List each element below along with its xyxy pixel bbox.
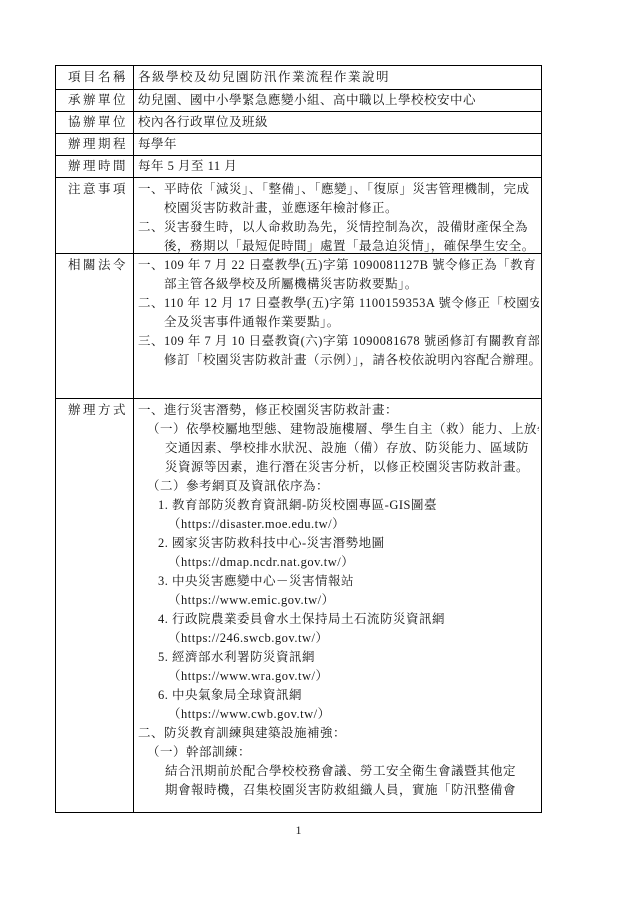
text-line: 校園災害防救計畫，並應逐年檢討修正。 <box>138 199 539 218</box>
text-line: 校內各行政單位及班級 <box>138 113 539 132</box>
text-line: 期會報時機，召集校園災害防救組織人員，實施「防汛整備會 <box>138 781 539 800</box>
table-row-time: 辦理時間 每年 5 月至 11 月 <box>56 156 541 178</box>
text-line: 1. 教育部防災教育資訊網-防災校園專區-GIS圖臺 <box>138 496 539 515</box>
row-label: 協辦單位 <box>56 112 134 133</box>
row-label: 承辦單位 <box>56 90 134 111</box>
table-row-schedule: 辦理期程 每學年 <box>56 134 541 156</box>
text-line: 災資源等因素，進行潛在災害分析，以修正校園災害防救計畫。 <box>138 458 539 477</box>
row-label: 相關法令 <box>56 254 134 398</box>
table-row-project-name: 項目名稱 各級學校及幼兒園防汛作業流程作業說明 <box>56 66 541 90</box>
row-label: 辦理時間 <box>56 156 134 177</box>
text-line: 各級學校及幼兒園防汛作業流程作業說明 <box>138 68 539 87</box>
table-row-notes: 注意事項 一、平時依「減災」、「整備」、「應變」、「復原」災害管理機制，完成 校… <box>56 178 541 254</box>
text-line: 後，務期以「最短促時間」處置「最急迫災情」，確保學生安全。 <box>138 237 539 253</box>
text-line: （二）參考網頁及資訊依序為： <box>138 477 539 496</box>
text-line: 幼兒園、國中小學緊急應變小組、高中職以上學校校安中心 <box>138 91 539 110</box>
text-line: 二、110 年 12 月 17 日臺教學(五)字第 1100159353A 號令… <box>138 294 539 313</box>
text-line-url: （https://www.emic.gov.tw/） <box>138 591 539 610</box>
text-line: 5. 經濟部水利署防災資訊網 <box>138 648 539 667</box>
text-line-url: （https://www.cwb.gov.tw/） <box>138 705 539 724</box>
text-line-url: （https://246.swcb.gov.tw/） <box>138 629 539 648</box>
row-content: 每學年 <box>134 134 541 155</box>
text-line: 修訂「校園災害防救計畫（示例）」，請各校依說明內容配合辦理。 <box>138 351 539 370</box>
row-content: 一、109 年 7 月 22 日臺教學(五)字第 1090081127B 號令修… <box>134 254 541 398</box>
document-page: 項目名稱 各級學校及幼兒園防汛作業流程作業說明 承辦單位 幼兒園、國中小學緊急應… <box>0 0 624 898</box>
row-label: 注意事項 <box>56 178 134 253</box>
text-line: 2. 國家災害防救科技中心-災害潛勢地圖 <box>138 534 539 553</box>
page-number: 1 <box>55 823 542 838</box>
table-row-responsible-unit: 承辦單位 幼兒園、國中小學緊急應變小組、高中職以上學校校安中心 <box>56 90 541 112</box>
row-content: 一、進行災害潛勢，修正校園災害防救計畫： （一）依學校屬地型態、建物設施樓層、學… <box>134 399 541 812</box>
text-line: 交通因素、學校排水狀況、設施（備）存放、防災能力、區域防 <box>138 439 539 458</box>
text-line: 一、平時依「減災」、「整備」、「應變」、「復原」災害管理機制，完成 <box>138 180 539 199</box>
row-content: 幼兒園、國中小學緊急應變小組、高中職以上學校校安中心 <box>134 90 541 111</box>
text-line-url: （https://dmap.ncdr.nat.gov.tw/） <box>138 553 539 572</box>
text-line: 4. 行政院農業委員會水土保持局土石流防災資訊網 <box>138 610 539 629</box>
text-line: 結合汛期前於配合學校校務會議、勞工安全衛生會議暨其他定 <box>138 762 539 781</box>
text-line: 每年 5 月至 11 月 <box>138 157 539 176</box>
text-line: 部主管各級學校及所屬機構災害防救要點」。 <box>138 275 539 294</box>
text-line: 二、災害發生時，以人命救助為先，災情控制為次，設備財產保全為 <box>138 218 539 237</box>
text-line: 6. 中央氣象局全球資訊網 <box>138 686 539 705</box>
row-label: 辦理方式 <box>56 399 134 812</box>
text-line: 全及災害事件通報作業要點」。 <box>138 313 539 332</box>
row-label: 項目名稱 <box>56 66 134 89</box>
text-line-url: （https://disaster.moe.edu.tw/） <box>138 515 539 534</box>
text-line: 三、109 年 7 月 10 日臺教資(六)字第 1090081678 號函修訂… <box>138 332 539 351</box>
row-content: 一、平時依「減災」、「整備」、「應變」、「復原」災害管理機制，完成 校園災害防救… <box>134 178 541 253</box>
flood-prevention-info-table: 項目名稱 各級學校及幼兒園防汛作業流程作業說明 承辦單位 幼兒園、國中小學緊急應… <box>55 65 542 813</box>
text-line: 二、防災教育訓練與建築設施補強： <box>138 724 539 743</box>
row-content: 各級學校及幼兒園防汛作業流程作業說明 <box>134 66 541 89</box>
text-line: （一）依學校屬地型態、建物設施樓層、學生自主（救）能力、上放學 <box>138 420 539 439</box>
table-row-co-organizer: 協辦單位 校內各行政單位及班級 <box>56 112 541 134</box>
text-line: 一、進行災害潛勢，修正校園災害防救計畫： <box>138 401 539 420</box>
text-line: 3. 中央災害應變中心－災害情報站 <box>138 572 539 591</box>
row-label: 辦理期程 <box>56 134 134 155</box>
text-line: 每學年 <box>138 135 539 154</box>
row-content: 每年 5 月至 11 月 <box>134 156 541 177</box>
text-line: 一、109 年 7 月 22 日臺教學(五)字第 1090081127B 號令修… <box>138 256 539 275</box>
row-content: 校內各行政單位及班級 <box>134 112 541 133</box>
table-row-method: 辦理方式 一、進行災害潛勢，修正校園災害防救計畫： （一）依學校屬地型態、建物設… <box>56 399 541 812</box>
table-row-related-laws: 相關法令 一、109 年 7 月 22 日臺教學(五)字第 1090081127… <box>56 254 541 399</box>
text-line: （一）幹部訓練： <box>138 743 539 762</box>
text-line-url: （https://www.wra.gov.tw/） <box>138 667 539 686</box>
